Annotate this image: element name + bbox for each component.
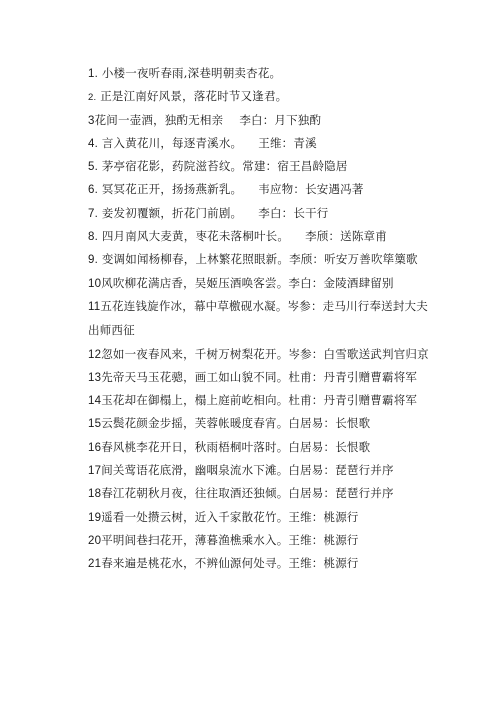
- poem-line-20: 20平明闾巷扫花开，薄暮渔樵乘水入。王维：桃源行: [88, 529, 428, 552]
- line-number: 2.: [88, 92, 96, 103]
- verse-source: 王维：桃源行: [288, 533, 358, 547]
- poem-line-2: 2. 正是江南好风景，落花时节又逢君。: [88, 85, 428, 108]
- line-number: 8.: [88, 231, 98, 243]
- verse-text: 春江花朝秋月夜，往往取酒还独倾。: [101, 486, 288, 500]
- verse-text: 言入黄花川，每逐青溪水。: [102, 136, 242, 150]
- poem-line-9: 9. 变调如闻杨柳春，上林繁花照眼新。李颀：听安万善吹筚篥歌: [88, 248, 428, 271]
- verse-text: 先帝天马玉花骢，画工如山貌不同。: [101, 370, 288, 384]
- verse-text: 风吹柳花满店香，吴姬压酒唤客尝。: [101, 276, 288, 290]
- poem-line-6: 6. 冥冥花正开，扬扬燕新乳。韦应物：长安遇冯著: [88, 178, 428, 201]
- verse-text: 忽如一夜春风来，千树万树梨花开。: [101, 347, 288, 361]
- line-number: 20: [88, 535, 101, 547]
- poem-line-4: 4. 言入黄花川，每逐青溪水。王维：青溪: [88, 132, 428, 155]
- line-number: 13: [88, 372, 101, 384]
- document-page: 1. 小楼一夜听春雨,深巷明朝卖杏花。 2. 正是江南好风景，落花时节又逢君。 …: [88, 62, 428, 576]
- line-number: 10: [88, 278, 101, 290]
- verse-text: 五花连钱旋作冰，幕中草檄砚水凝。: [100, 299, 287, 313]
- poem-line-8: 8. 四月南风大麦黄，枣花未落桐叶长。李颀：送陈章甫: [88, 225, 428, 248]
- verse-text: 间关莺语花底滑，幽咽泉流水下滩。: [101, 463, 288, 477]
- verse-source: 白居易：长恨歌: [288, 416, 370, 430]
- verse-source: 李白：月下独酌: [239, 113, 321, 127]
- poem-line-15: 15云鬓花颜金步摇，芙蓉帐暖度春宵。白居易：长恨歌: [88, 412, 428, 435]
- line-number: 11: [88, 301, 100, 313]
- line-number: 12: [88, 349, 101, 361]
- verse-source: 白居易：长恨歌: [288, 440, 370, 454]
- poem-line-3: 3花间一壶酒，独酌无相亲李白：月下独酌: [88, 109, 428, 132]
- verse-source: 李颀：听安万善吹筚篥歌: [289, 252, 418, 266]
- line-number: 3: [88, 115, 95, 127]
- line-number: 6.: [88, 184, 98, 196]
- verse-source: 杜甫：丹青引赠曹霸将军: [288, 393, 417, 407]
- verse-source: 白居易：琵琶行并序: [288, 463, 393, 477]
- poem-line-14: 14玉花却在御榻上，榻上庭前屹相向。杜甫：丹青引赠曹霸将军: [88, 389, 428, 412]
- line-number: 16: [88, 442, 101, 454]
- poem-line-16: 16春风桃李花开日，秋雨梧桐叶落时。白居易：长恨歌: [88, 436, 428, 459]
- verse-source: 李白：长干行: [258, 206, 328, 220]
- verse-source: 王维：桃源行: [288, 556, 358, 570]
- verse-source: 杜甫：丹青引赠曹霸将军: [288, 370, 417, 384]
- verse-text: 春来遍是桃花水，不辨仙源何处寻。: [101, 556, 288, 570]
- verse-source: 王维：桃源行: [288, 510, 358, 524]
- verse-text: 冥冥花正开，扬扬燕新乳。: [102, 182, 242, 196]
- line-number: 17: [88, 465, 101, 477]
- verse-text: 妾发初覆额，折花门前剧。: [102, 206, 242, 220]
- poem-line-12: 12忽如一夜春风来，千树万树梨花开。岑参：白雪歌送武判官归京: [88, 343, 428, 366]
- poem-line-19: 19遥看一处攒云树，近入千家散花竹。王维：桃源行: [88, 506, 428, 529]
- line-number: 9.: [88, 254, 98, 266]
- verse-source: 白居易：琵琶行并序: [288, 486, 393, 500]
- line-number: 1.: [88, 68, 98, 80]
- verse-text: 茅亭宿花影，药院滋苔纹。: [102, 159, 242, 173]
- line-number: 15: [88, 418, 101, 430]
- line-number: 19: [88, 512, 101, 524]
- verse-text: 四月南风大麦黄，枣花未落桐叶长。: [102, 229, 289, 243]
- poem-line-5: 5. 茅亭宿花影，药院滋苔纹。常建：宿王昌龄隐居: [88, 155, 428, 178]
- verse-text: 小楼一夜听春雨,深巷明朝卖杏花。: [102, 66, 281, 80]
- verse-text: 平明闾巷扫花开，薄暮渔樵乘水入。: [101, 533, 288, 547]
- line-number: 4.: [88, 138, 98, 150]
- verse-source: 李颀：送陈章甫: [305, 229, 387, 243]
- poem-line-11: 11五花连钱旋作冰，幕中草檄砚水凝。岑参：走马川行奉送封大夫出师西征: [88, 295, 428, 343]
- poem-line-13: 13先帝天马玉花骢，画工如山貌不同。杜甫：丹青引赠曹霸将军: [88, 366, 428, 389]
- poem-line-1: 1. 小楼一夜听春雨,深巷明朝卖杏花。: [88, 62, 428, 85]
- verse-source: 常建：宿王昌龄隐居: [242, 159, 347, 173]
- verse-source: 韦应物：长安遇冯著: [258, 182, 363, 196]
- poem-line-17: 17间关莺语花底滑，幽咽泉流水下滩。白居易：琵琶行并序: [88, 459, 428, 482]
- line-number: 7.: [88, 208, 98, 220]
- verse-text: 云鬓花颜金步摇，芙蓉帐暖度春宵。: [101, 416, 288, 430]
- line-number: 18: [88, 488, 101, 500]
- verse-text: 花间一壶酒，独酌无相亲: [95, 113, 224, 127]
- verse-text: 正是江南好风景，落花时节又逢君。: [100, 89, 287, 103]
- poem-line-21: 21春来遍是桃花水，不辨仙源何处寻。王维：桃源行: [88, 552, 428, 575]
- verse-text: 遥看一处攒云树，近入千家散花竹。: [101, 510, 288, 524]
- verse-text: 春风桃李花开日，秋雨梧桐叶落时。: [101, 440, 288, 454]
- verse-source: 李白：金陵酒肆留别: [288, 276, 393, 290]
- verse-source: 王维：青溪: [258, 136, 317, 150]
- poem-line-18: 18春江花朝秋月夜，往往取酒还独倾。白居易：琵琶行并序: [88, 482, 428, 505]
- line-number: 14: [88, 395, 101, 407]
- poem-line-7: 7. 妾发初覆额，折花门前剧。李白：长干行: [88, 202, 428, 225]
- poem-line-10: 10风吹柳花满店香，吴姬压酒唤客尝。李白：金陵酒肆留别: [88, 272, 428, 295]
- verse-text: 玉花却在御榻上，榻上庭前屹相向。: [101, 393, 288, 407]
- line-number: 5.: [88, 161, 98, 173]
- line-number: 21: [88, 558, 101, 570]
- verse-source: 岑参：白雪歌送武判官归京: [288, 347, 428, 361]
- verse-text: 变调如闻杨柳春，上林繁花照眼新。: [102, 252, 289, 266]
